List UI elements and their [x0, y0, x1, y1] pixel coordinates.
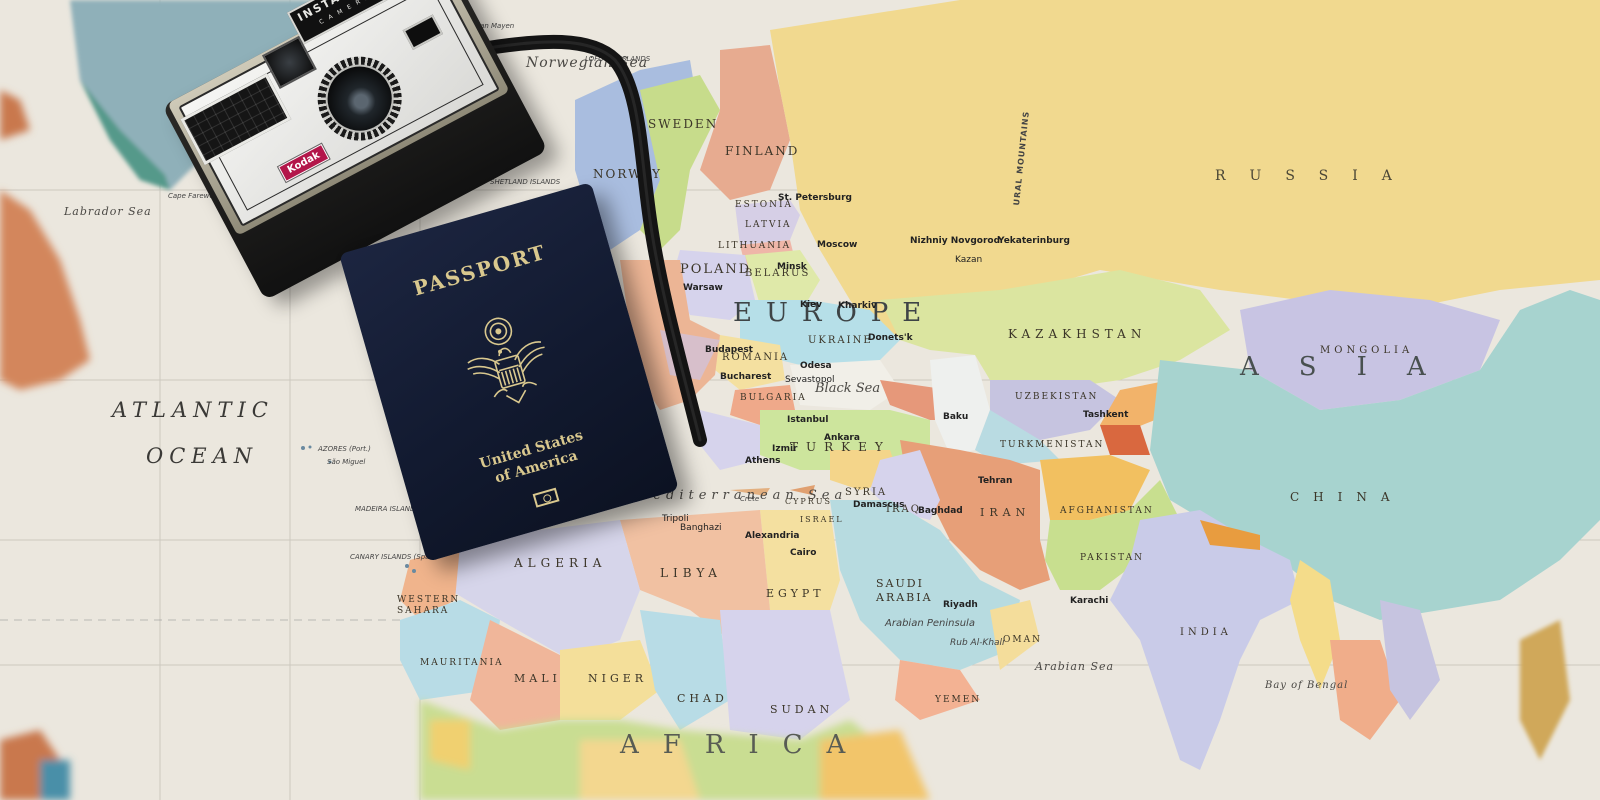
label-algeria: ALGERIA [514, 556, 606, 570]
label-lofoten: LOFOTEN ISLANDS [585, 55, 650, 63]
label-baghdad: Baghdad [918, 506, 963, 516]
label-egypt: EGYPT [766, 587, 825, 600]
label-norway: NORWAY [593, 167, 662, 181]
label-moscow: Moscow [817, 240, 857, 250]
label-athens: Athens [745, 456, 781, 466]
label-mongolia: MONGOLIA [1320, 345, 1413, 356]
label-minsk: Minsk [777, 262, 807, 272]
label-uzbekistan: UZBEKISTAN [1015, 392, 1098, 402]
label-israel: ISRAEL [800, 515, 844, 524]
label-sweden: SWEDEN [648, 117, 718, 131]
label-ukraine: UKRAINE [808, 335, 873, 346]
label-africa: AFRICA [620, 730, 869, 760]
label-syria: SYRIA [845, 487, 887, 498]
label-istanbul: Istanbul [787, 415, 828, 425]
label-saudi-arabia: SAUDI ARABIA [876, 577, 946, 605]
label-atlantic: ATLANTIC [112, 398, 274, 422]
label-bulgaria: BULGARIA [740, 393, 807, 403]
label-afghanistan: AFGHANISTAN [1060, 506, 1154, 516]
label-russia: RUSSIA [1215, 168, 1416, 184]
label-turkmenistan: TURKMENISTAN [1000, 440, 1104, 450]
label-europe: EUROPE [733, 298, 935, 328]
photo-scene: ATLANTIC OCEAN Labrador Sea Norwegian Se… [0, 0, 1600, 800]
label-tehran: Tehran [978, 476, 1012, 486]
label-donetsk: Donets'k [868, 333, 913, 343]
label-damascus: Damascus [853, 500, 904, 510]
label-alexandria: Alexandria [745, 531, 799, 541]
label-western-sahara: WESTERN SAHARA [397, 595, 447, 617]
label-arabian-sea: Arabian Sea [1035, 660, 1114, 673]
label-yemen: YEMEN [935, 695, 981, 705]
label-libya: LIBYA [660, 566, 722, 580]
label-mali: MALI [514, 672, 561, 685]
label-iran: IRAN [980, 506, 1030, 519]
label-chad: CHAD [677, 692, 728, 705]
label-kharkiv: Kharkiv [838, 301, 877, 311]
label-budapest: Budapest [705, 345, 753, 355]
label-karachi: Karachi [1070, 596, 1108, 606]
label-yekaterinburg: Yekaterinburg [998, 236, 1070, 246]
biometric-chip-icon [533, 488, 560, 508]
label-rub-al-khali: Rub Al-Khali [950, 638, 1005, 648]
label-niger: NIGER [588, 672, 647, 685]
label-oman: OMAN [1003, 635, 1042, 645]
label-azores: AZORES (Port.) [318, 445, 371, 453]
label-kazan: Kazan [955, 255, 982, 265]
label-poland: POLAND [680, 262, 751, 277]
label-arabian-peninsula: Arabian Peninsula [885, 618, 975, 629]
label-cyprus: CYPRUS [785, 497, 832, 506]
label-nizhniy-novgorod: Nizhniy Novgorod [910, 236, 1000, 246]
label-latvia: LATVIA [745, 220, 792, 230]
label-banghazi: Banghazi [680, 523, 722, 533]
label-baku: Baku [943, 412, 968, 422]
label-st-petersburg: St. Petersburg [778, 193, 852, 203]
label-tashkent: Tashkent [1083, 410, 1128, 420]
label-ankara: Ankara [824, 433, 860, 443]
label-lithuania: LITHUANIA [718, 241, 791, 251]
label-cairo: Cairo [790, 548, 816, 558]
label-warsaw: Warsaw [683, 283, 723, 293]
label-kazakhstan: KAZAKHSTAN [1008, 327, 1146, 341]
label-sudan: SUDAN [770, 703, 833, 716]
label-riyadh: Riyadh [943, 600, 978, 610]
label-odesa: Odesa [800, 361, 832, 371]
label-bay-of-bengal: Bay of Bengal [1265, 680, 1348, 691]
label-pakistan: PAKISTAN [1080, 553, 1144, 563]
eagle-seal-icon [445, 300, 569, 424]
label-mauritania: MAURITANIA [420, 658, 504, 668]
label-china: CHINA [1290, 490, 1404, 504]
label-labrador-sea: Labrador Sea [64, 205, 124, 219]
label-sao-miguel: São Miguel [327, 458, 365, 466]
label-sevastopol: Sevastopol [785, 375, 835, 385]
label-izmir: Izmir [772, 444, 798, 454]
label-finland: FINLAND [725, 144, 799, 158]
label-kiev: Kiev [800, 300, 822, 310]
label-crete: Crete [740, 495, 759, 503]
label-asia: ASIA [1240, 352, 1466, 382]
label-ocean: OCEAN [146, 444, 258, 468]
label-india: INDIA [1180, 627, 1232, 638]
label-bucharest: Bucharest [720, 372, 771, 382]
